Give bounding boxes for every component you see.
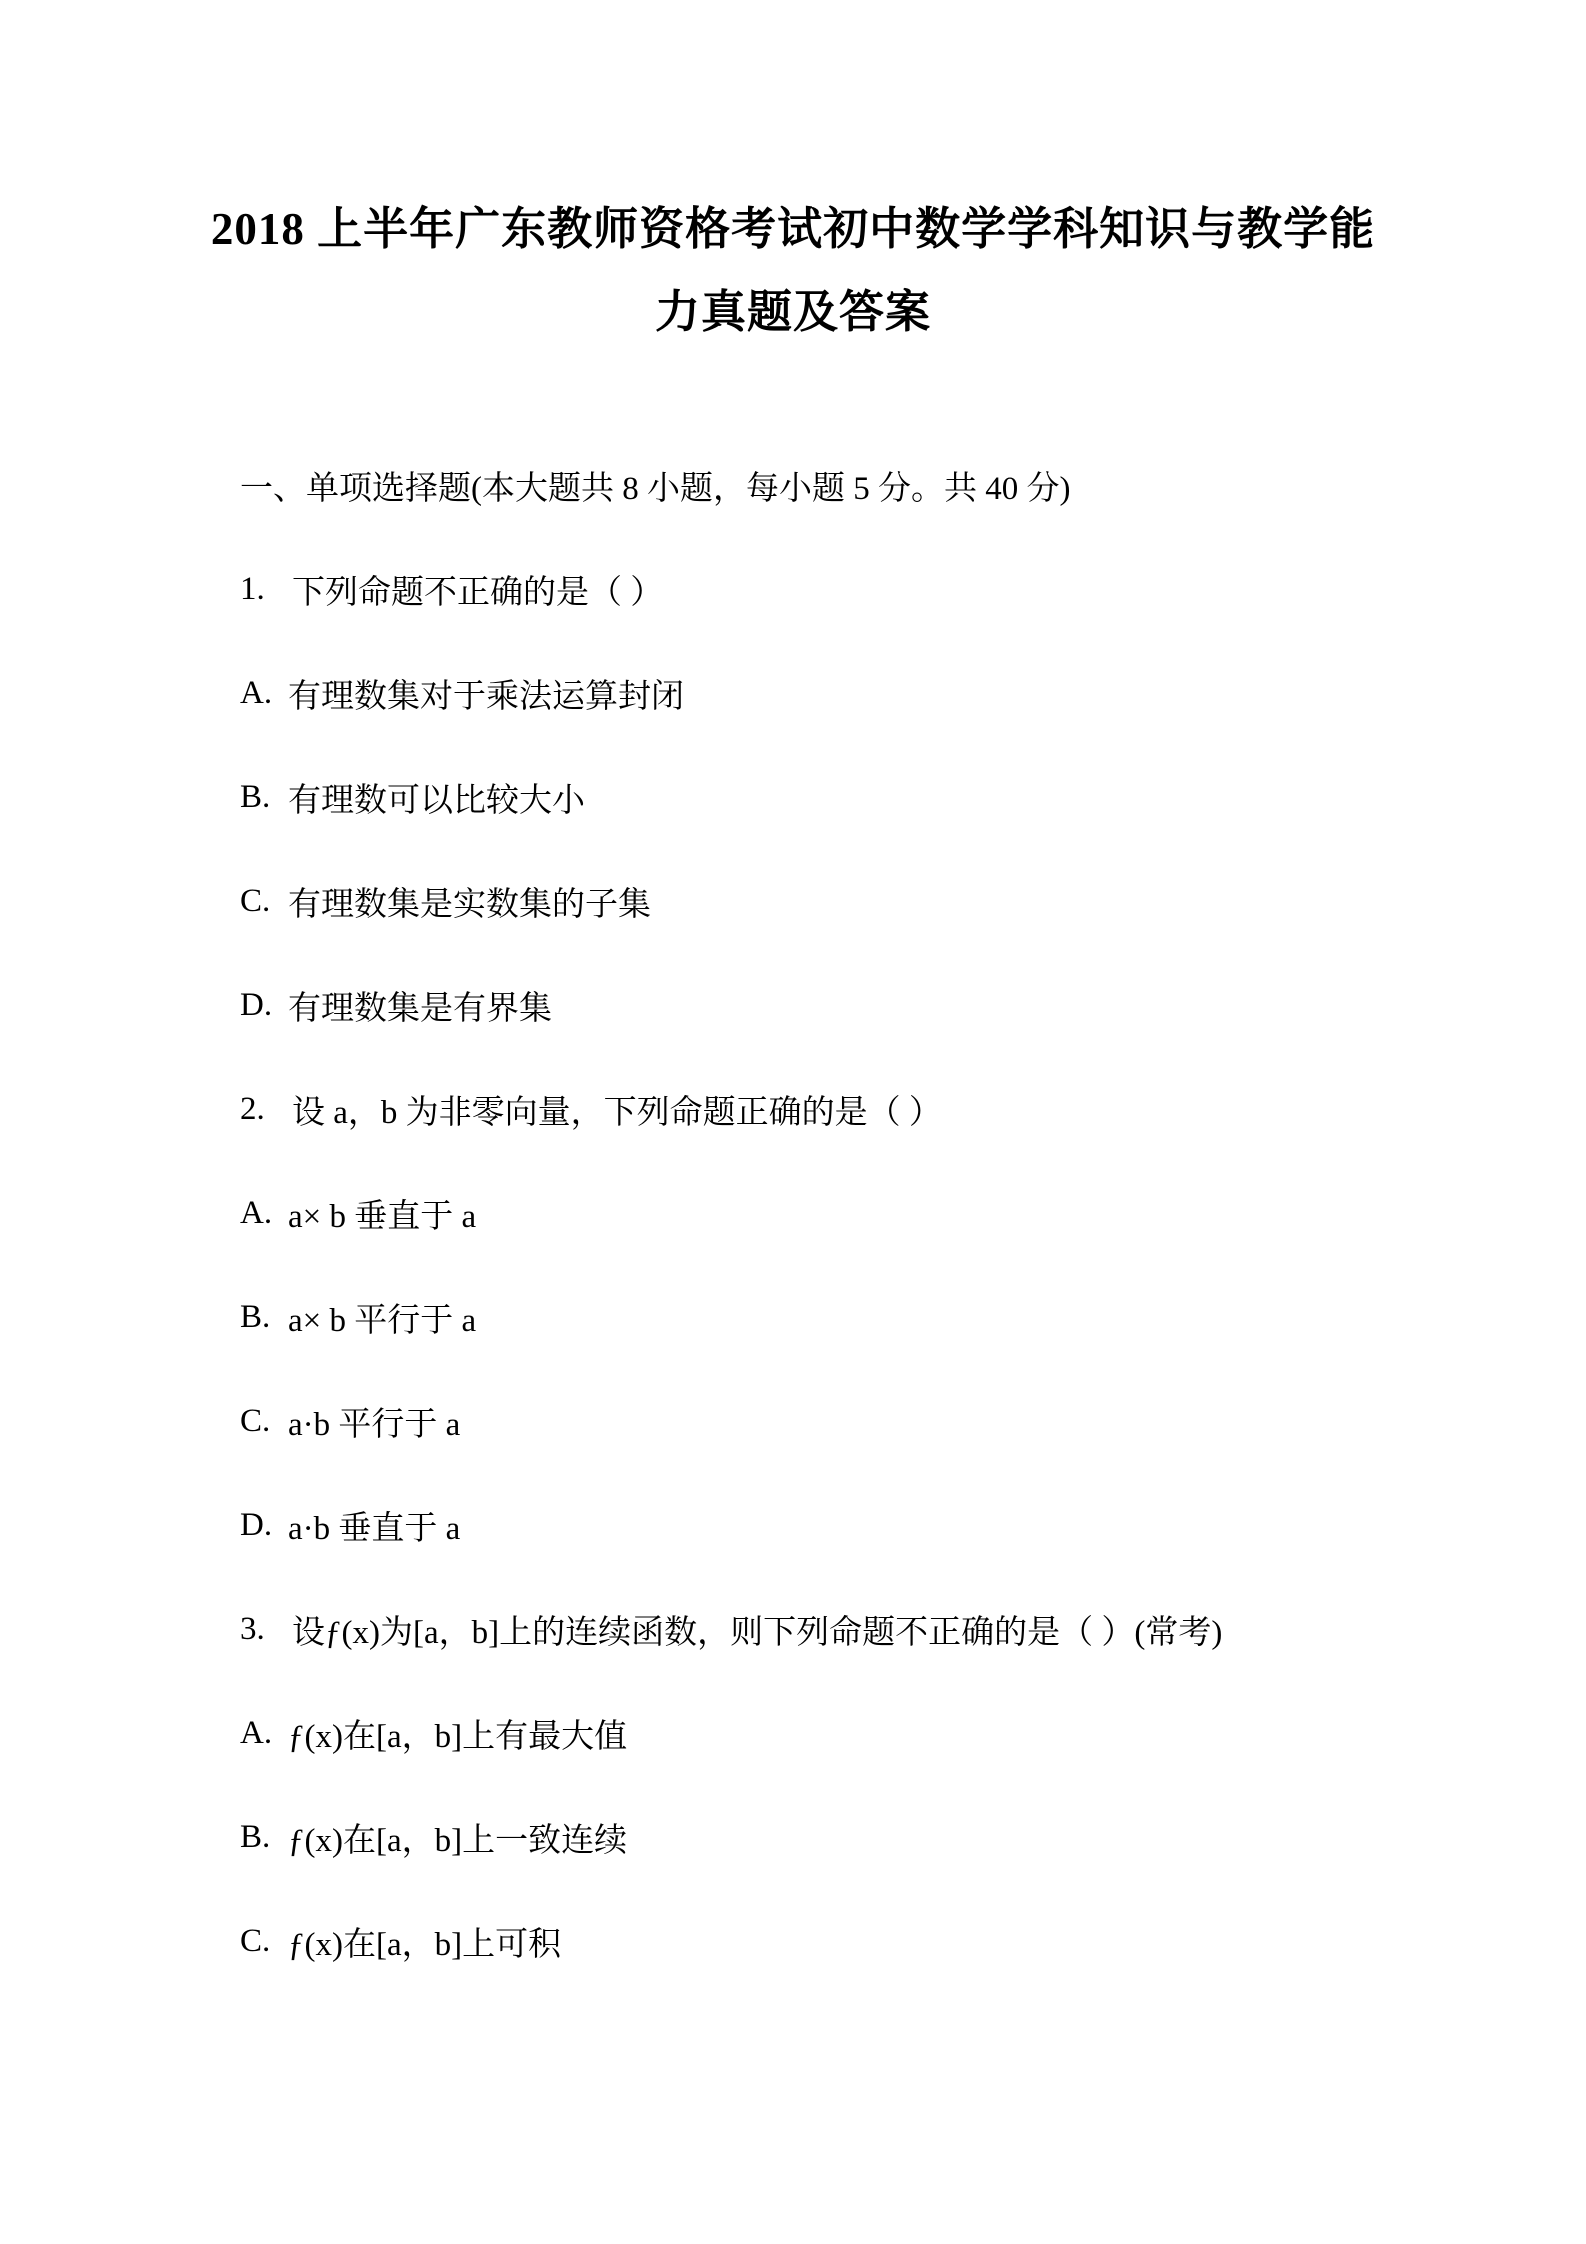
option-text: 有理数集是有界集 <box>288 982 552 1029</box>
question-3: 3. 设ƒ(x)为[a，b]上的连续函数，则下列命题不正确的是（ ）(常考) <box>240 1577 1466 1681</box>
question-2-number: 2. <box>240 1091 292 1128</box>
question-2-option-a: A. a× b 垂直于 a <box>240 1161 1466 1265</box>
option-text: 有理数集是实数集的子集 <box>288 878 651 925</box>
option-text: 有理数可以比较大小 <box>288 774 585 821</box>
question-1-option-d: D. 有理数集是有界集 <box>240 953 1466 1057</box>
document-body: 一、单项选择题(本大题共 8 小题，每小题 5 分。共 40 分) 1. 下列命… <box>240 433 1466 1993</box>
option-label: A. <box>240 1715 288 1752</box>
question-2: 2. 设 a，b 为非零向量，下列命题正确的是（ ） <box>240 1057 1466 1161</box>
option-text: 有理数集对于乘法运算封闭 <box>288 670 684 717</box>
question-3-text: 设ƒ(x)为[a，b]上的连续函数，则下列命题不正确的是（ ）(常考) <box>292 1606 1222 1653</box>
question-1-text: 下列命题不正确的是（ ） <box>292 566 663 613</box>
option-label: D. <box>240 1507 288 1544</box>
option-label: A. <box>240 1195 288 1232</box>
question-1-option-c: C. 有理数集是实数集的子集 <box>240 849 1466 953</box>
option-text: a·b 平行于 a <box>288 1398 460 1445</box>
question-2-option-d: D. a·b 垂直于 a <box>240 1473 1466 1577</box>
question-3-option-c: C. ƒ(x)在[a，b]上可积 <box>240 1889 1466 1993</box>
question-2-option-b: B. a× b 平行于 a <box>240 1265 1466 1369</box>
option-text: a× b 平行于 a <box>288 1294 476 1341</box>
option-label: A. <box>240 675 288 712</box>
question-1-option-b: B. 有理数可以比较大小 <box>240 745 1466 849</box>
option-label: B. <box>240 1819 288 1856</box>
question-1-option-a: A. 有理数集对于乘法运算封闭 <box>240 641 1466 745</box>
document-page: 2018 上半年广东教师资格考试初中数学学科知识与教学能 力真题及答案 一、单项… <box>0 0 1586 2244</box>
option-text: ƒ(x)在[a，b]上一致连续 <box>288 1814 627 1861</box>
option-text: a× b 垂直于 a <box>288 1190 476 1237</box>
option-label: C. <box>240 1403 288 1440</box>
option-text: ƒ(x)在[a，b]上可积 <box>288 1918 561 1965</box>
document-title-line-1: 2018 上半年广东教师资格考试初中数学学科知识与教学能 <box>0 188 1586 271</box>
question-1: 1. 下列命题不正确的是（ ） <box>240 537 1466 641</box>
option-label: C. <box>240 883 288 920</box>
question-2-text: 设 a，b 为非零向量，下列命题正确的是（ ） <box>292 1086 942 1133</box>
option-label: B. <box>240 1299 288 1336</box>
section-heading: 一、单项选择题(本大题共 8 小题，每小题 5 分。共 40 分) <box>240 433 1466 537</box>
option-text: a·b 垂直于 a <box>288 1502 460 1549</box>
section-heading-text: 一、单项选择题(本大题共 8 小题，每小题 5 分。共 40 分) <box>240 462 1070 509</box>
document-title-line-2: 力真题及答案 <box>0 271 1586 354</box>
question-1-number: 1. <box>240 571 292 608</box>
question-2-option-c: C. a·b 平行于 a <box>240 1369 1466 1473</box>
option-label: D. <box>240 987 288 1024</box>
question-3-option-a: A. ƒ(x)在[a，b]上有最大值 <box>240 1681 1466 1785</box>
option-label: B. <box>240 779 288 816</box>
document-title: 2018 上半年广东教师资格考试初中数学学科知识与教学能 力真题及答案 <box>0 188 1586 354</box>
option-label: C. <box>240 1923 288 1960</box>
option-text: ƒ(x)在[a，b]上有最大值 <box>288 1710 627 1757</box>
question-3-option-b: B. ƒ(x)在[a，b]上一致连续 <box>240 1785 1466 1889</box>
question-3-number: 3. <box>240 1611 292 1648</box>
